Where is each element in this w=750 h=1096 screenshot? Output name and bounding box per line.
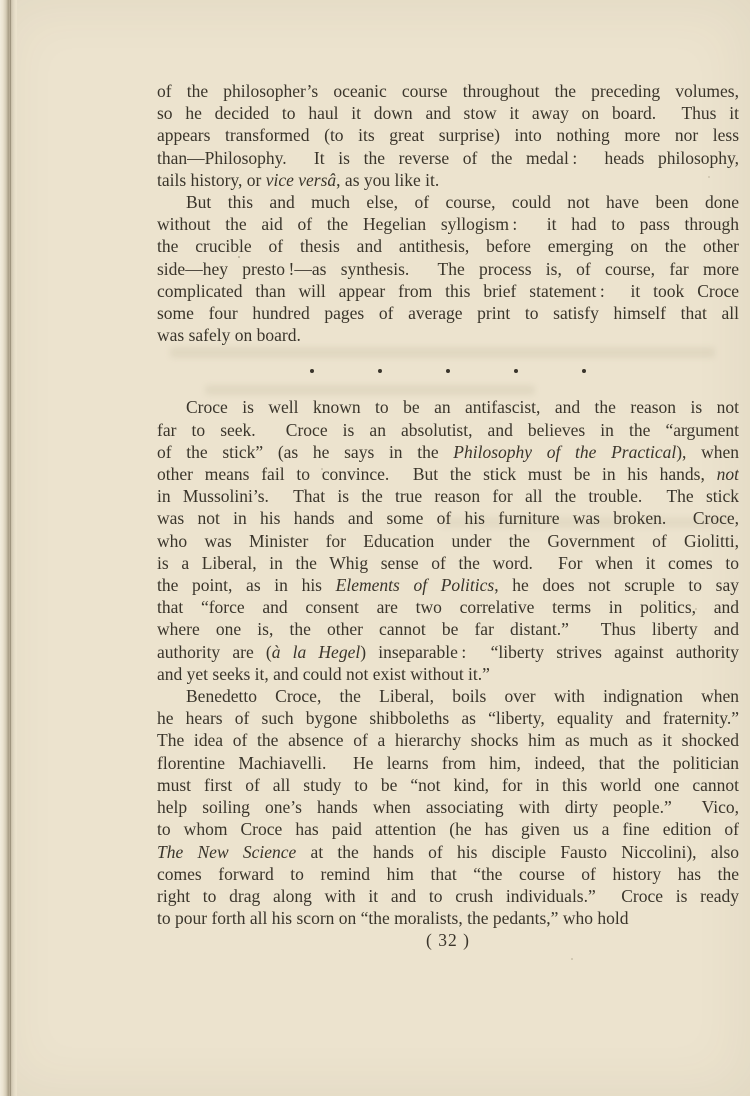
paragraph: Croce is well known to be an antifascist…	[157, 396, 739, 685]
italic-text: Elements of Politics	[336, 575, 495, 595]
italic-text: The New Science	[157, 842, 296, 862]
body-text: was not in his hands and some of his fur…	[157, 508, 739, 528]
separator-dot	[514, 369, 518, 373]
section-separator-dots	[310, 346, 586, 396]
text-line: help soiling one’s hands when associatin…	[157, 796, 739, 818]
page-number: ( 32 )	[157, 930, 739, 951]
body-text: of the stick” (as he says in the	[157, 442, 453, 462]
body-text: ), when	[676, 442, 739, 462]
separator-dot	[446, 369, 450, 373]
text-line: complicated than will appear from this b…	[157, 280, 739, 302]
body-text: must first of all study to be “not kind,…	[157, 775, 739, 795]
body-text: authority are (	[157, 642, 272, 662]
italic-text: à la Hegel	[272, 642, 361, 662]
text-line: some four hundred pages of average print…	[157, 302, 739, 324]
text-line: than—Philosophy. It is the reverse of th…	[157, 147, 739, 169]
text-line: florentine Machiavelli. He learns from h…	[157, 752, 739, 774]
text-line: in Mussolini’s. That is the true reason …	[157, 485, 739, 507]
body-text: he hears of such bygone shibboleths as “…	[157, 708, 739, 728]
text-line: But this and much else, of course, could…	[157, 191, 739, 213]
body-text: who was Minister for Education under the…	[157, 531, 739, 551]
paragraph: But this and much else, of course, could…	[157, 191, 739, 346]
paragraph: of the philosopher’s oceanic course thro…	[157, 80, 739, 191]
body-text: comes forward to remind him that “the co…	[157, 864, 739, 884]
text-line: so he decided to haul it down and stow i…	[157, 102, 739, 124]
italic-text: not	[717, 464, 739, 484]
paragraph: Benedetto Croce, the Liberal, boils over…	[157, 685, 739, 929]
separator-dot	[310, 369, 314, 373]
body-text: to pour forth all his scorn on “the mora…	[157, 908, 628, 928]
body-text: other means fail to convince. But the st…	[157, 464, 717, 484]
separator-dot	[582, 369, 586, 373]
body-text: , as you like it.	[336, 170, 439, 190]
body-text: and yet seeks it, and could not exist wi…	[157, 664, 490, 684]
body-text: the point, as in his	[157, 575, 336, 595]
separator-dot	[378, 369, 382, 373]
body-text: in Mussolini’s. That is the true reason …	[157, 486, 739, 506]
text-line: was not in his hands and some of his fur…	[157, 507, 739, 529]
body-text: side—hey presto !—as synthesis. The proc…	[157, 259, 739, 279]
body-text: so he decided to haul it down and stow i…	[157, 103, 739, 123]
text-line: to whom Croce has paid attention (he has…	[157, 818, 739, 840]
body-text: was safely on board.	[157, 325, 301, 345]
body-text: of the philosopher’s oceanic course thro…	[157, 81, 739, 101]
body-text: Croce is well known to be an antifascist…	[186, 397, 739, 417]
body-text: some four hundred pages of average print…	[157, 303, 739, 323]
body-text: florentine Machiavelli. He learns from h…	[157, 753, 739, 773]
text-line: without the aid of the Hegelian syllogis…	[157, 213, 739, 235]
text-line: The New Science at the hands of his disc…	[157, 841, 739, 863]
body-text: right to drag along with it and to crush…	[157, 886, 739, 906]
text-line: where one is, the other cannot be far di…	[157, 618, 739, 640]
text-line: of the stick” (as he says in the Philoso…	[157, 441, 739, 463]
text-line: he hears of such bygone shibboleths as “…	[157, 707, 739, 729]
text-line: is a Liberal, in the Whig sense of the w…	[157, 552, 739, 574]
body-text: tails history, or	[157, 170, 266, 190]
book-page: of the philosopher’s oceanic course thro…	[0, 0, 750, 1096]
body-text: ) inseparable : “liberty strives against…	[360, 642, 739, 662]
text-line: was safely on board.	[157, 324, 739, 346]
body-text: is a Liberal, in the Whig sense of the w…	[157, 553, 739, 573]
text-line: comes forward to remind him that “the co…	[157, 863, 739, 885]
body-text: But this and much else, of course, could…	[186, 192, 739, 212]
italic-text: Philosophy of the Practical	[453, 442, 676, 462]
page-edge-line	[10, 0, 11, 1096]
text-line: to pour forth all his scorn on “the mora…	[157, 907, 739, 929]
body-text: than—Philosophy. It is the reverse of th…	[157, 148, 739, 168]
body-text: far to seek. Croce is an absolutist, and…	[157, 420, 739, 440]
body-text: complicated than will appear from this b…	[157, 281, 739, 301]
text-line: who was Minister for Education under the…	[157, 530, 739, 552]
text-line: Croce is well known to be an antifascist…	[157, 396, 739, 418]
text-line: far to seek. Croce is an absolutist, and…	[157, 419, 739, 441]
text-line: the point, as in his Elements of Politic…	[157, 574, 739, 596]
text-line: other means fail to convince. But the st…	[157, 463, 739, 485]
body-text: where one is, the other cannot be far di…	[157, 619, 739, 639]
text-line: The idea of the absence of a hierarchy s…	[157, 729, 739, 751]
body-text: without the aid of the Hegelian syllogis…	[157, 214, 739, 234]
body-text: , he does not scruple to say	[494, 575, 739, 595]
text-line: appears transformed (to its great surpri…	[157, 124, 739, 146]
body-text: The idea of the absence of a hierarchy s…	[157, 730, 739, 750]
body-text: to whom Croce has paid attention (he has…	[157, 819, 739, 839]
page-text: of the philosopher’s oceanic course thro…	[157, 80, 739, 929]
text-line: Benedetto Croce, the Liberal, boils over…	[157, 685, 739, 707]
page-edge-texture	[0, 0, 17, 1096]
text-line: that “force and consent are two correlat…	[157, 596, 739, 618]
text-line: side—hey presto !—as synthesis. The proc…	[157, 258, 739, 280]
body-text: the crucible of thesis and antithesis, b…	[157, 236, 739, 256]
body-text: Benedetto Croce, the Liberal, boils over…	[186, 686, 739, 706]
text-line: tails history, or vice versâ, as you lik…	[157, 169, 739, 191]
text-line: right to drag along with it and to crush…	[157, 885, 739, 907]
body-text: that “force and consent are two correlat…	[157, 597, 739, 617]
body-text: help soiling one’s hands when associatin…	[157, 797, 739, 817]
body-text: appears transformed (to its great surpri…	[157, 125, 739, 145]
text-line: the crucible of thesis and antithesis, b…	[157, 235, 739, 257]
text-line: authority are (à la Hegel) inseparable :…	[157, 641, 739, 663]
text-line: of the philosopher’s oceanic course thro…	[157, 80, 739, 102]
text-line: must first of all study to be “not kind,…	[157, 774, 739, 796]
body-text: at the hands of his disciple Fausto Nicc…	[296, 842, 739, 862]
italic-text: vice versâ	[266, 170, 336, 190]
text-line: and yet seeks it, and could not exist wi…	[157, 663, 739, 685]
